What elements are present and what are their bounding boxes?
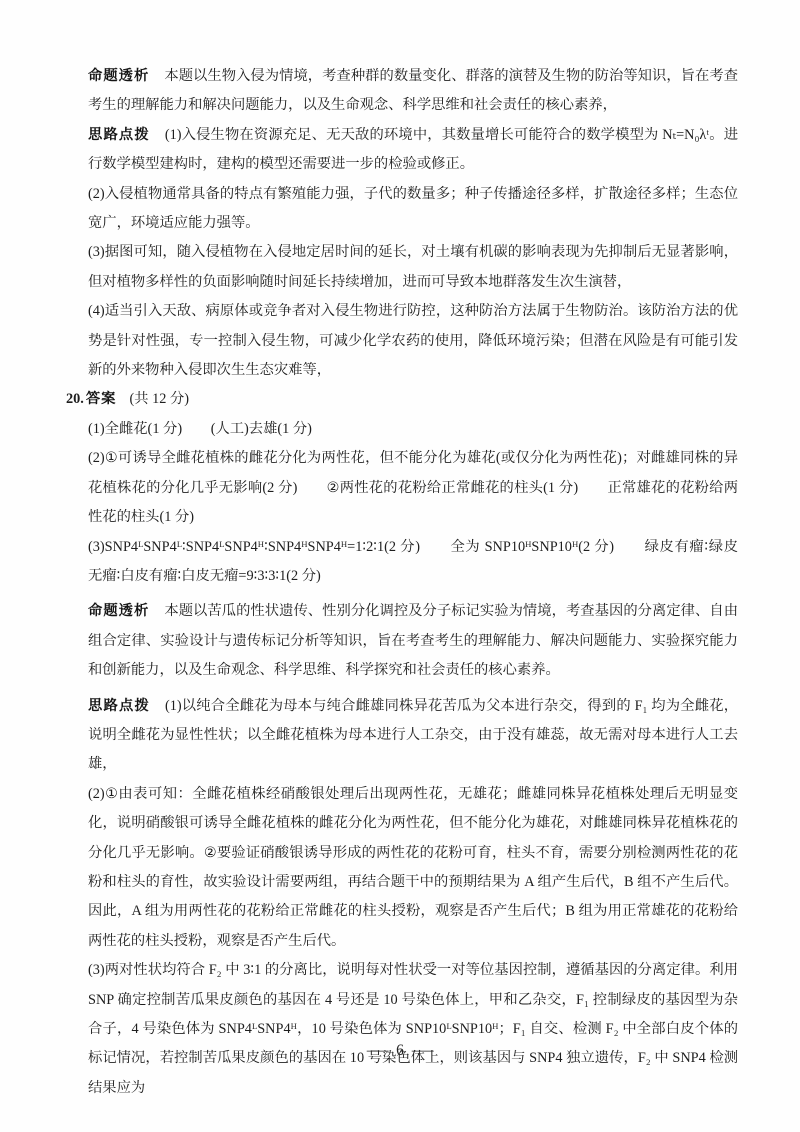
footer-dash-left: — xyxy=(367,1042,389,1060)
q20-analysis-paragraph: 命题透析本题以苦瓜的性状遗传、性别分化调控及分子标记实验为情境，考查基因的分离定… xyxy=(88,597,738,685)
q19-analysis-paragraph: 命题透析本题以生物入侵为情境，考查种群的数量变化、群落的演替及生物的防治等知识，… xyxy=(88,62,738,121)
q19-analysis-text: 本题以生物入侵为情境，考查种群的数量变化、群落的演替及生物的防治等知识，旨在考查… xyxy=(88,68,738,113)
page-footer: —6— xyxy=(0,1042,800,1060)
q20-answer-item-2: (2)①可诱导全雌花植株的雌花分化为两性花，但不能分化为雄花(或仅分化为两性花)… xyxy=(88,444,738,532)
q20-answer-heading: 20.答案(共 12 分) xyxy=(66,385,738,414)
q20-tips-paragraph: 思路点拨(1)以纯合全雌花为母本与纯合雌雄同株异花苦瓜为父本进行杂交，得到的 F… xyxy=(88,692,738,780)
question-number: 20. xyxy=(66,391,84,407)
answer-label: 答案 xyxy=(86,391,117,407)
document-page: 命题透析本题以生物入侵为情境，考查种群的数量变化、群落的演替及生物的防治等知识，… xyxy=(0,0,800,1132)
q19-tip-item-3: (3)据图可知，随入侵植物在入侵地定居时间的延长，对土壤有机碳的影响表现为先抑制… xyxy=(88,238,738,297)
tips-label: 思路点拨 xyxy=(88,698,150,714)
q20-tip-item-2: (2)①由表可知：全雌花植株经硝酸银处理后出现两性花，无雄花；雌雄同株异花植株处… xyxy=(88,780,738,956)
q20-analysis-text: 本题以苦瓜的性状遗传、性别分化调控及分子标记实验为情境，考查基因的分离定律、自由… xyxy=(88,603,738,678)
tips-label: 思路点拨 xyxy=(88,127,150,143)
q19-tips-paragraph: 思路点拨(1)入侵生物在资源充足、无天敌的环境中，其数量增长可能符合的数学模型为… xyxy=(88,121,738,180)
q20-tip-item-3: (3)两对性状均符合 F₂ 中 3∶1 的分离比，说明每对性状受一对等位基因控制… xyxy=(88,956,738,1103)
q19-tip-item-2: (2)入侵植物通常具备的特点有繁殖能力强，子代的数量多；种子传播途径多样，扩散途… xyxy=(88,180,738,239)
page-number: 6 xyxy=(396,1042,404,1059)
q20-tip-item-1: (1)以纯合全雌花为母本与纯合雌雄同株异花苦瓜为父本进行杂交，得到的 F₁ 均为… xyxy=(88,698,738,773)
score-note: (共 12 分) xyxy=(129,391,189,407)
footer-dash-right: — xyxy=(412,1042,434,1060)
analysis-label: 命题透析 xyxy=(88,68,149,84)
q19-tip-item-1: (1)入侵生物在资源充足、无天敌的环境中，其数量增长可能符合的数学模型为 Nₜ=… xyxy=(88,127,738,172)
q20-answer-item-3: (3)SNP4ᴸSNP4ᴸ∶SNP4ᴸSNP4ᴴ∶SNP4ᴴSNP4ᴴ=1∶2∶… xyxy=(88,533,738,592)
q20-answer-item-1: (1)全雌花(1 分) (人工)去雄(1 分) xyxy=(88,415,738,444)
analysis-label: 命题透析 xyxy=(88,603,149,619)
page-content: 命题透析本题以生物入侵为情境，考查种群的数量变化、群落的演替及生物的防治等知识，… xyxy=(88,62,738,1103)
q19-tip-item-4: (4)适当引入天敌、病原体或竞争者对入侵生物进行防控，这种防治方法属于生物防治。… xyxy=(88,297,738,385)
